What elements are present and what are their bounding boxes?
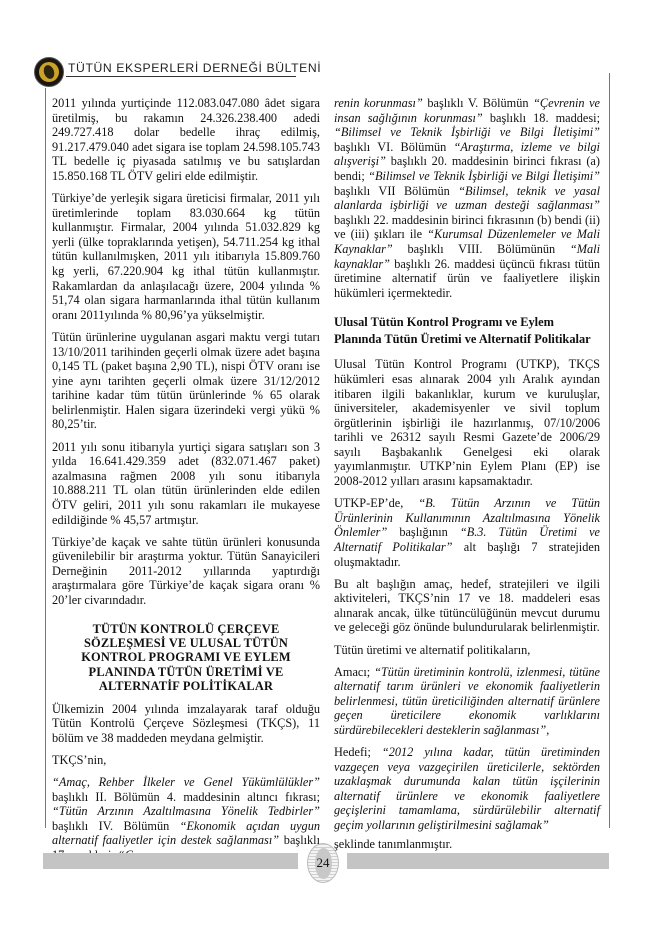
paragraph: Ulusal Tütün Kontrol Programı (UTKP), TK… <box>334 357 600 488</box>
subsection-heading: Ulusal Tütün Kontrol Programı ve Eylem P… <box>334 314 600 348</box>
text-run: UTKP-EP’de, <box>334 496 418 510</box>
quoted-title: renin korunması” <box>334 96 423 110</box>
text-run: başlıklı 18. maddesi; <box>483 111 600 125</box>
text-run: başlıklı V. Bölümün <box>423 96 533 110</box>
paragraph: Türkiye’de kaçak ve sahte tütün ürünleri… <box>52 535 320 608</box>
text-run: başlıklı VII Bölümün <box>334 184 458 198</box>
utkp-ep-paragraph: UTKP-EP’de, “B. Tütün Arzının ve Tütün Ü… <box>334 496 600 569</box>
section-heading: TÜTÜN KONTROLÜ ÇERÇEVE SÖZLEŞMESİ VE ULU… <box>52 622 320 694</box>
closing-line: şeklinde tanımlanmıştır. <box>334 837 600 852</box>
paragraph: 2011 yılı sonu itibarıyla yurtiçi sigara… <box>52 440 320 528</box>
paragraph: Bu alt başlığın amaç, hedef, stratejiler… <box>334 577 600 635</box>
footer-bar-left <box>43 853 298 869</box>
paragraph: 2011 yılında yurtiçinde 112.083.047.080 … <box>52 96 320 184</box>
header-divider <box>66 76 296 77</box>
paragraph: Tütün ürünlerine uygulanan asgari maktu … <box>52 330 320 432</box>
page-number: 24 <box>308 855 338 871</box>
tkcs-articles-continuation: renin korunması” başlıklı V. Bölümün “Çe… <box>334 96 600 300</box>
paragraph: Türkiye’de yerleşik sigara üreticisi fir… <box>52 191 320 322</box>
leaf-emblem-icon: 24 <box>307 843 339 883</box>
paragraph: TKÇS’nin, <box>52 753 320 768</box>
quoted-title: “Amaç, Rehber İlkeler ve Genel Yükümlülü… <box>52 775 320 789</box>
left-border-line <box>45 88 46 828</box>
footer-bar-right <box>347 853 609 869</box>
bulletin-title: TÜTÜN EKSPERLERİ DERNEĞİ BÜLTENİ <box>68 61 321 75</box>
aim-quote: “Tütün üretiminin kontrolü, izlenmesi, t… <box>334 665 600 737</box>
text-run: başlıklı IV. Bölümün <box>52 819 180 833</box>
goal-paragraph: Hedefi; “2012 yılına kadar, tütün üretim… <box>334 745 600 833</box>
quoted-title: “Tütün Arzının Azaltılmasına Yönelik Ted… <box>52 804 320 818</box>
text-run: başlığının <box>387 525 460 539</box>
quoted-title: “Bilimsel ve Teknik İşbirliği ve Bilgi İ… <box>334 125 600 139</box>
left-column: 2011 yılında yurtiçinde 112.083.047.080 … <box>52 96 320 870</box>
right-column: renin korunması” başlıklı V. Bölümün “Çe… <box>334 96 600 859</box>
text-run: başlıklı II. Bölümün 4. maddesinin altın… <box>52 790 320 804</box>
association-logo <box>34 57 64 87</box>
quoted-title: “Bilimsel ve Teknik İşbirliği ve Bilgi İ… <box>368 169 600 183</box>
paragraph: Ülkemizin 2004 yılında imzalayarak taraf… <box>52 702 320 746</box>
right-border-line <box>609 73 610 828</box>
paragraph: Tütün üretimi ve alternatif politikaları… <box>334 643 600 658</box>
aim-paragraph: Amacı; “Tütün üretiminin kontrolü, izlen… <box>334 665 600 738</box>
text-run: başlıklı VI. Bölümün <box>334 140 454 154</box>
goal-label: Hedefi; <box>334 745 382 759</box>
tkcs-articles-paragraph: “Amaç, Rehber İlkeler ve Genel Yükümlülü… <box>52 775 320 863</box>
text-run: başlıklı VIII. Bölümünün <box>393 242 570 256</box>
aim-label: Amacı; <box>334 665 374 679</box>
